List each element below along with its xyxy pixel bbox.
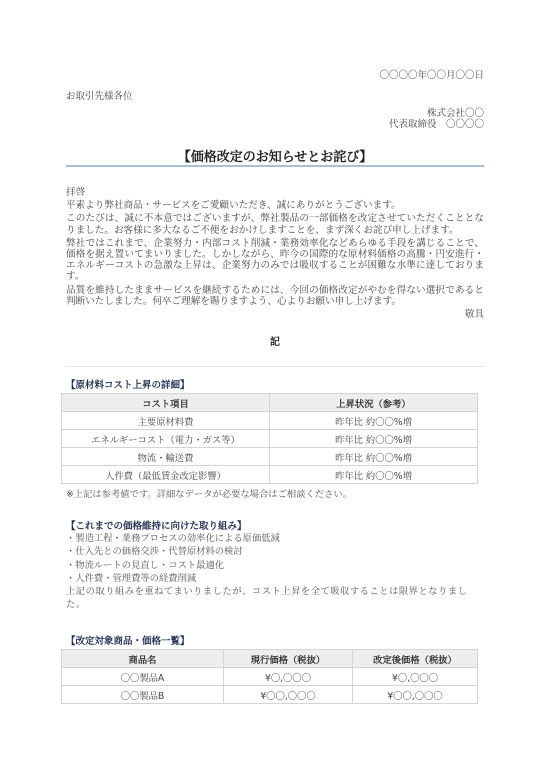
body-paragraph: このたびは、誠に不本意ではございますが、弊社製品の一部価格を改定させていただくこ… xyxy=(66,213,484,235)
table-header-row: 商品名 現行価格（税抜） 改定後価格（税抜） xyxy=(62,650,478,668)
cost-table: コスト項目 上昇状況（参考） 主要原材料費 昨年比 約〇〇%増 エネルギーコスト… xyxy=(61,393,478,484)
column-header: 現行価格（税抜） xyxy=(224,650,353,668)
column-header: 上昇状況（参考） xyxy=(270,394,478,412)
document-date: 〇〇〇〇年〇〇月〇〇日 xyxy=(379,67,484,81)
cost-item: 物流・輸送費 xyxy=(62,448,270,466)
sender-company: 株式会社〇〇 xyxy=(389,108,484,119)
product-name: 〇〇製品A xyxy=(62,668,224,686)
salutation: 拝啓 xyxy=(66,187,484,198)
cost-section-heading: 【原材料コスト上昇の詳細】 xyxy=(66,377,190,391)
table-header-row: コスト項目 上昇状況（参考） xyxy=(62,394,478,412)
sender-block: 株式会社〇〇 代表取締役 〇〇〇〇 xyxy=(389,108,484,130)
cost-increase: 昨年比 約〇〇%増 xyxy=(270,430,478,448)
cost-item: エネルギーコスト（電力・ガス等） xyxy=(62,430,270,448)
table-row: 人件費（最低賃金改定影響） 昨年比 約〇〇%増 xyxy=(62,466,478,484)
body-paragraph: 弊社ではこれまで、企業努力・内部コスト削減・業務効率化などあらゆる手段を講じるこ… xyxy=(66,238,484,283)
table-row: エネルギーコスト（電力・ガス等） 昨年比 約〇〇%増 xyxy=(62,430,478,448)
list-item: ・人件費・管理費等の経費削減 xyxy=(66,572,486,585)
closing: 敬具 xyxy=(66,309,484,320)
ki-heading: 記 xyxy=(0,333,550,348)
document-page: 〇〇〇〇年〇〇月〇〇日 お取引先様各位 株式会社〇〇 代表取締役 〇〇〇〇 【価… xyxy=(0,0,550,778)
table-row: 主要原材料費 昨年比 約〇〇%増 xyxy=(62,412,478,430)
body-paragraph: 品質を維持したままサービスを継続するためには、今回の価格改定がやむを得ない選択で… xyxy=(66,285,484,307)
new-price: ¥〇〇,〇〇〇 xyxy=(353,686,478,704)
letter-body: 拝啓 平素より弊社商品・サービスをご愛顧いただき、誠にありがとうございます。 こ… xyxy=(66,187,484,322)
product-name: 〇〇製品B xyxy=(62,686,224,704)
cost-item: 主要原材料費 xyxy=(62,412,270,430)
efforts-list: ・製造工程・業務プロセスの効率化による原価低減 ・仕入先との価格交渉・代替原材料… xyxy=(66,532,486,612)
document-title: 【価格改定のお知らせとお詫び】 xyxy=(0,146,550,165)
cost-item: 人件費（最低賃金改定影響） xyxy=(62,466,270,484)
table-row: 〇〇製品A ¥〇,〇〇〇 ¥〇,〇〇〇 xyxy=(62,668,478,686)
list-item: ・仕入先との価格交渉・代替原材料の検討 xyxy=(66,545,486,558)
column-header: 商品名 xyxy=(62,650,224,668)
column-header: コスト項目 xyxy=(62,394,270,412)
cost-increase: 昨年比 約〇〇%増 xyxy=(270,448,478,466)
efforts-summary: 上記の取り組みを重ねてまいりましたが、コスト上昇を全て吸収することは限界となりま… xyxy=(66,585,486,612)
current-price: ¥〇〇,〇〇〇 xyxy=(224,686,353,704)
list-item: ・製造工程・業務プロセスの効率化による原価低減 xyxy=(66,532,486,545)
cost-increase: 昨年比 約〇〇%増 xyxy=(270,466,478,484)
list-item: ・物流ルートの見直し・コスト最適化 xyxy=(66,559,486,572)
table-row: 物流・輸送費 昨年比 約〇〇%増 xyxy=(62,448,478,466)
efforts-section-heading: 【これまでの価格維持に向けた取り組み】 xyxy=(66,518,247,532)
price-table: 商品名 現行価格（税抜） 改定後価格（税抜） 〇〇製品A ¥〇,〇〇〇 ¥〇,〇… xyxy=(61,649,478,704)
sender-representative: 代表取締役 〇〇〇〇 xyxy=(389,119,484,130)
current-price: ¥〇,〇〇〇 xyxy=(224,668,353,686)
column-header: 改定後価格（税抜） xyxy=(353,650,478,668)
new-price: ¥〇,〇〇〇 xyxy=(353,668,478,686)
body-paragraph: 平素より弊社商品・サービスをご愛顧いただき、誠にありがとうございます。 xyxy=(66,200,484,211)
table-row: 〇〇製品B ¥〇〇,〇〇〇 ¥〇〇,〇〇〇 xyxy=(62,686,478,704)
cost-note: ※上記は参考値です。詳細なデータが必要な場合はご相談ください。 xyxy=(66,486,352,500)
cost-increase: 昨年比 約〇〇%増 xyxy=(270,412,478,430)
title-divider xyxy=(66,165,484,167)
section-divider xyxy=(66,366,484,367)
price-section-heading: 【改定対象商品・価格一覧】 xyxy=(66,633,190,647)
recipient: お取引先様各位 xyxy=(66,88,133,102)
